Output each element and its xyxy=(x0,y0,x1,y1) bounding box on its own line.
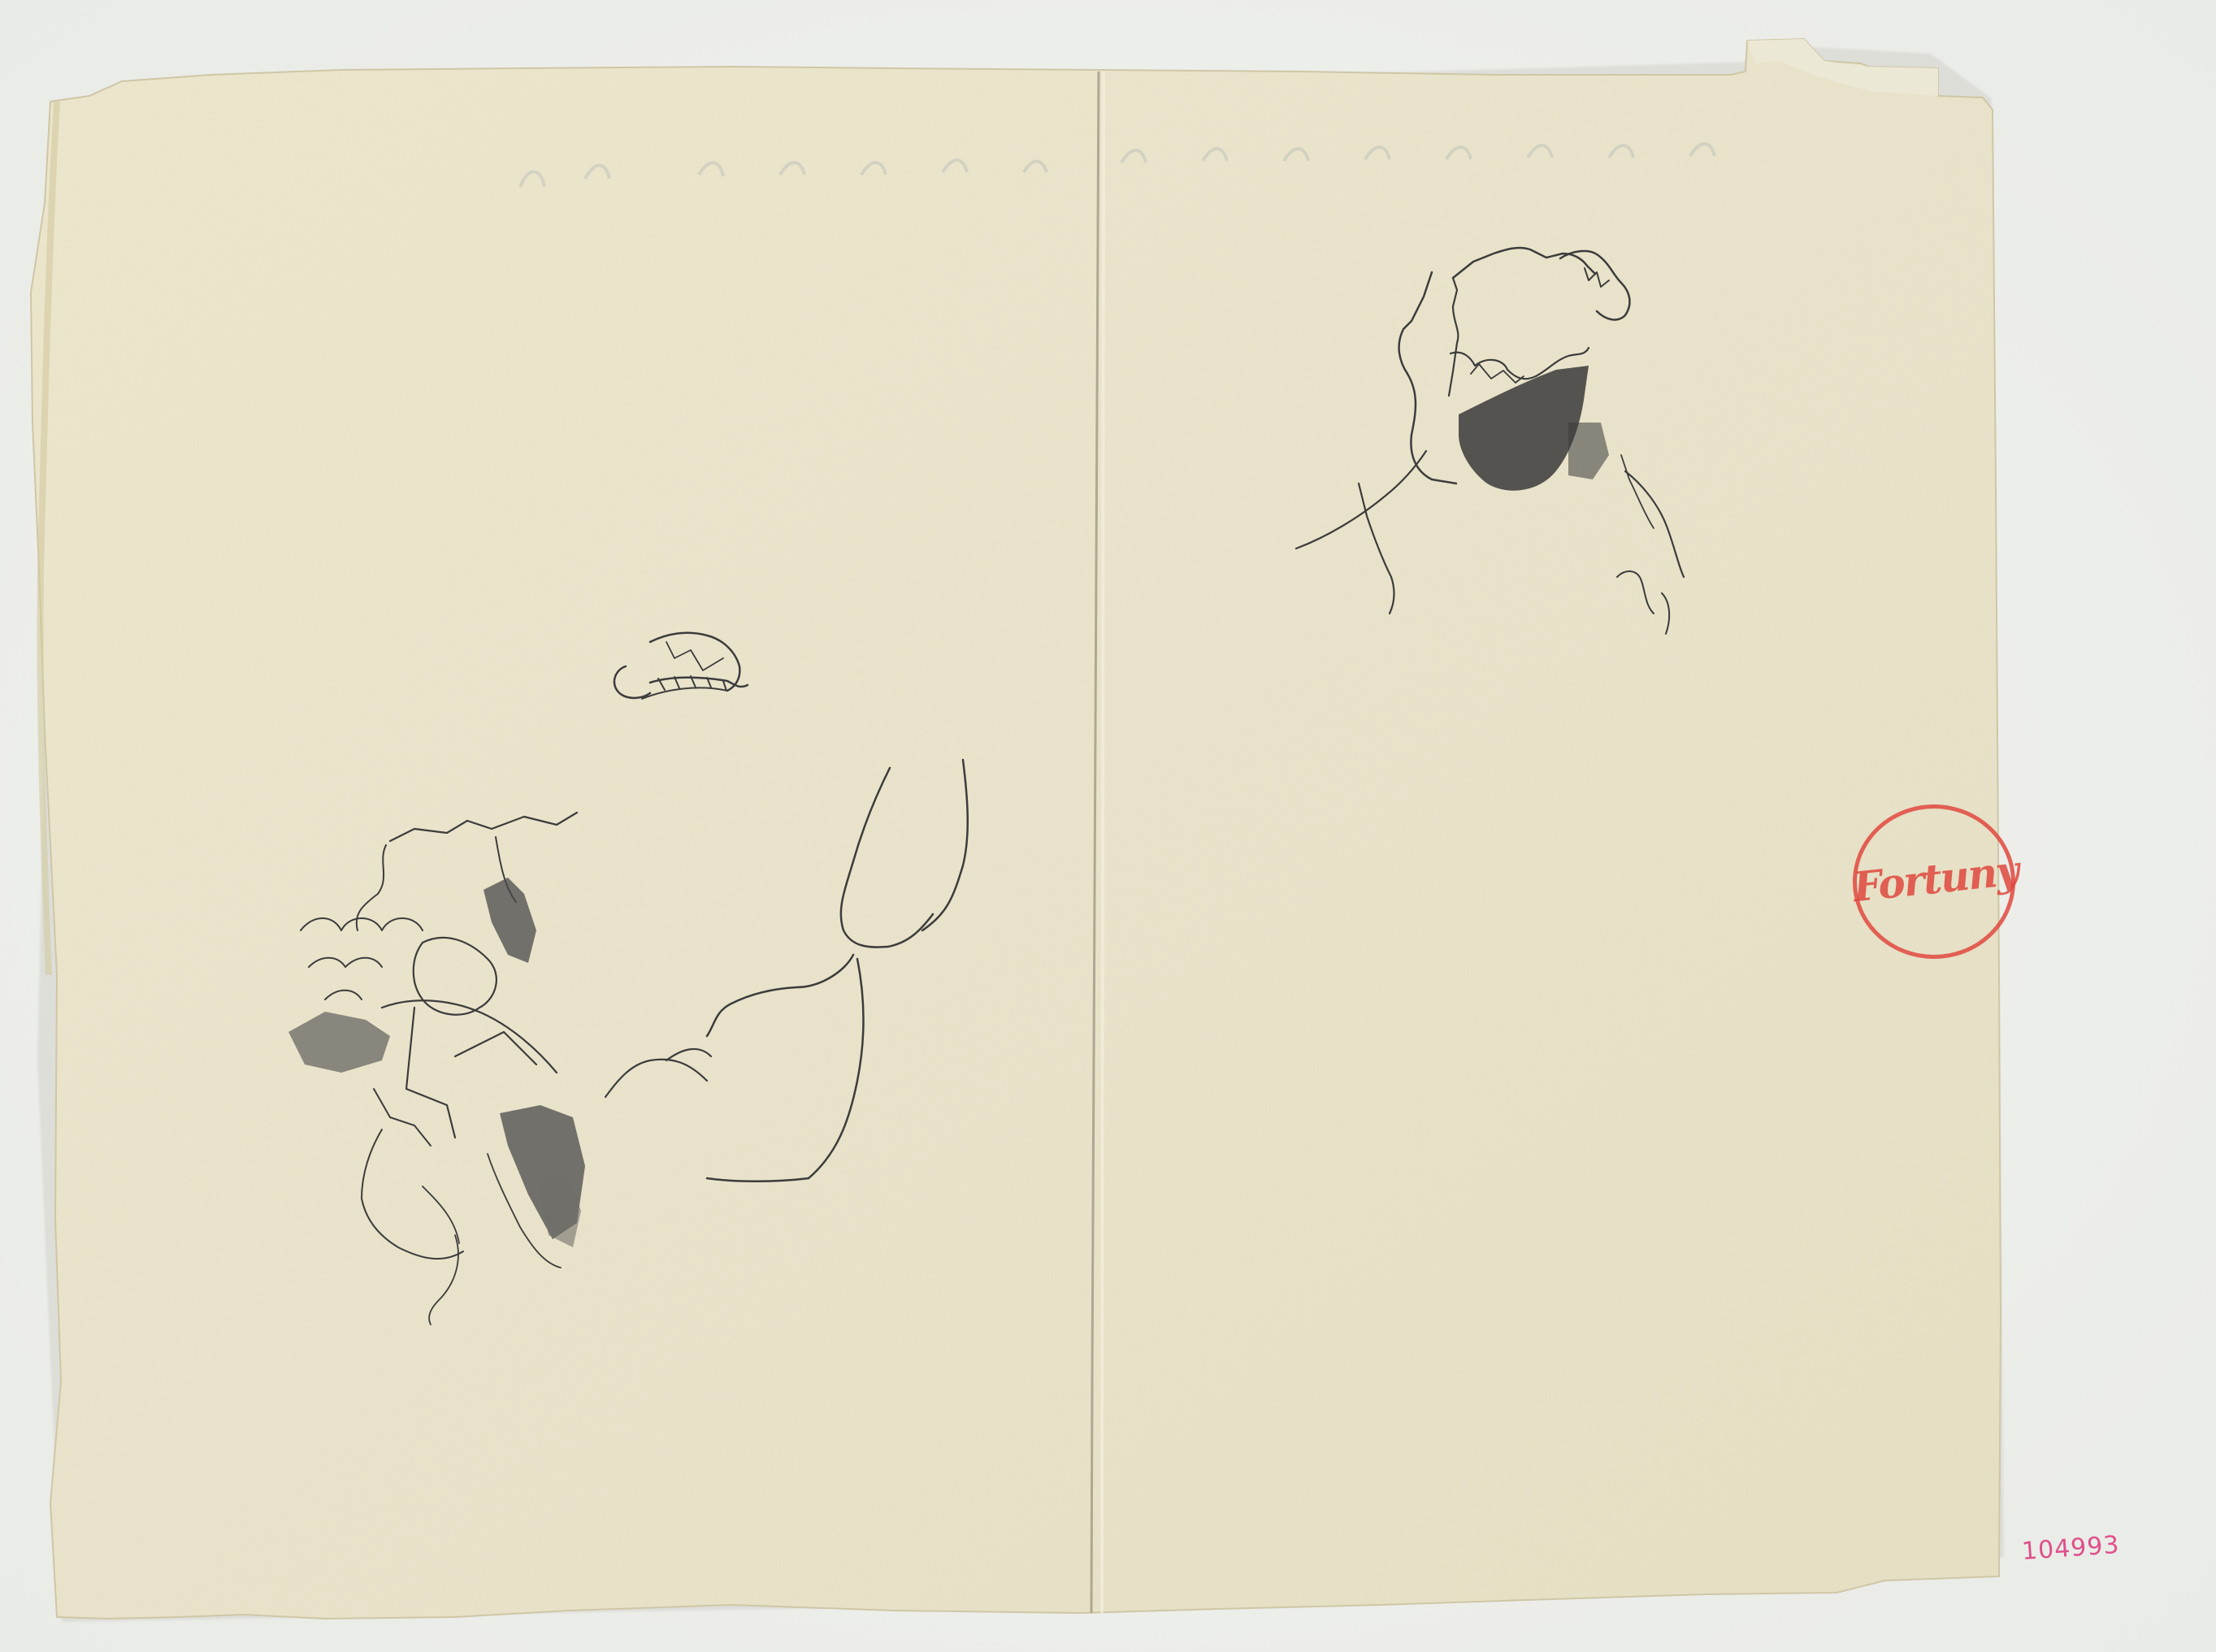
collector-stamp: Fortuny xyxy=(1853,804,2015,959)
paper-sheet: Fortuny 104993 xyxy=(0,0,2216,1652)
